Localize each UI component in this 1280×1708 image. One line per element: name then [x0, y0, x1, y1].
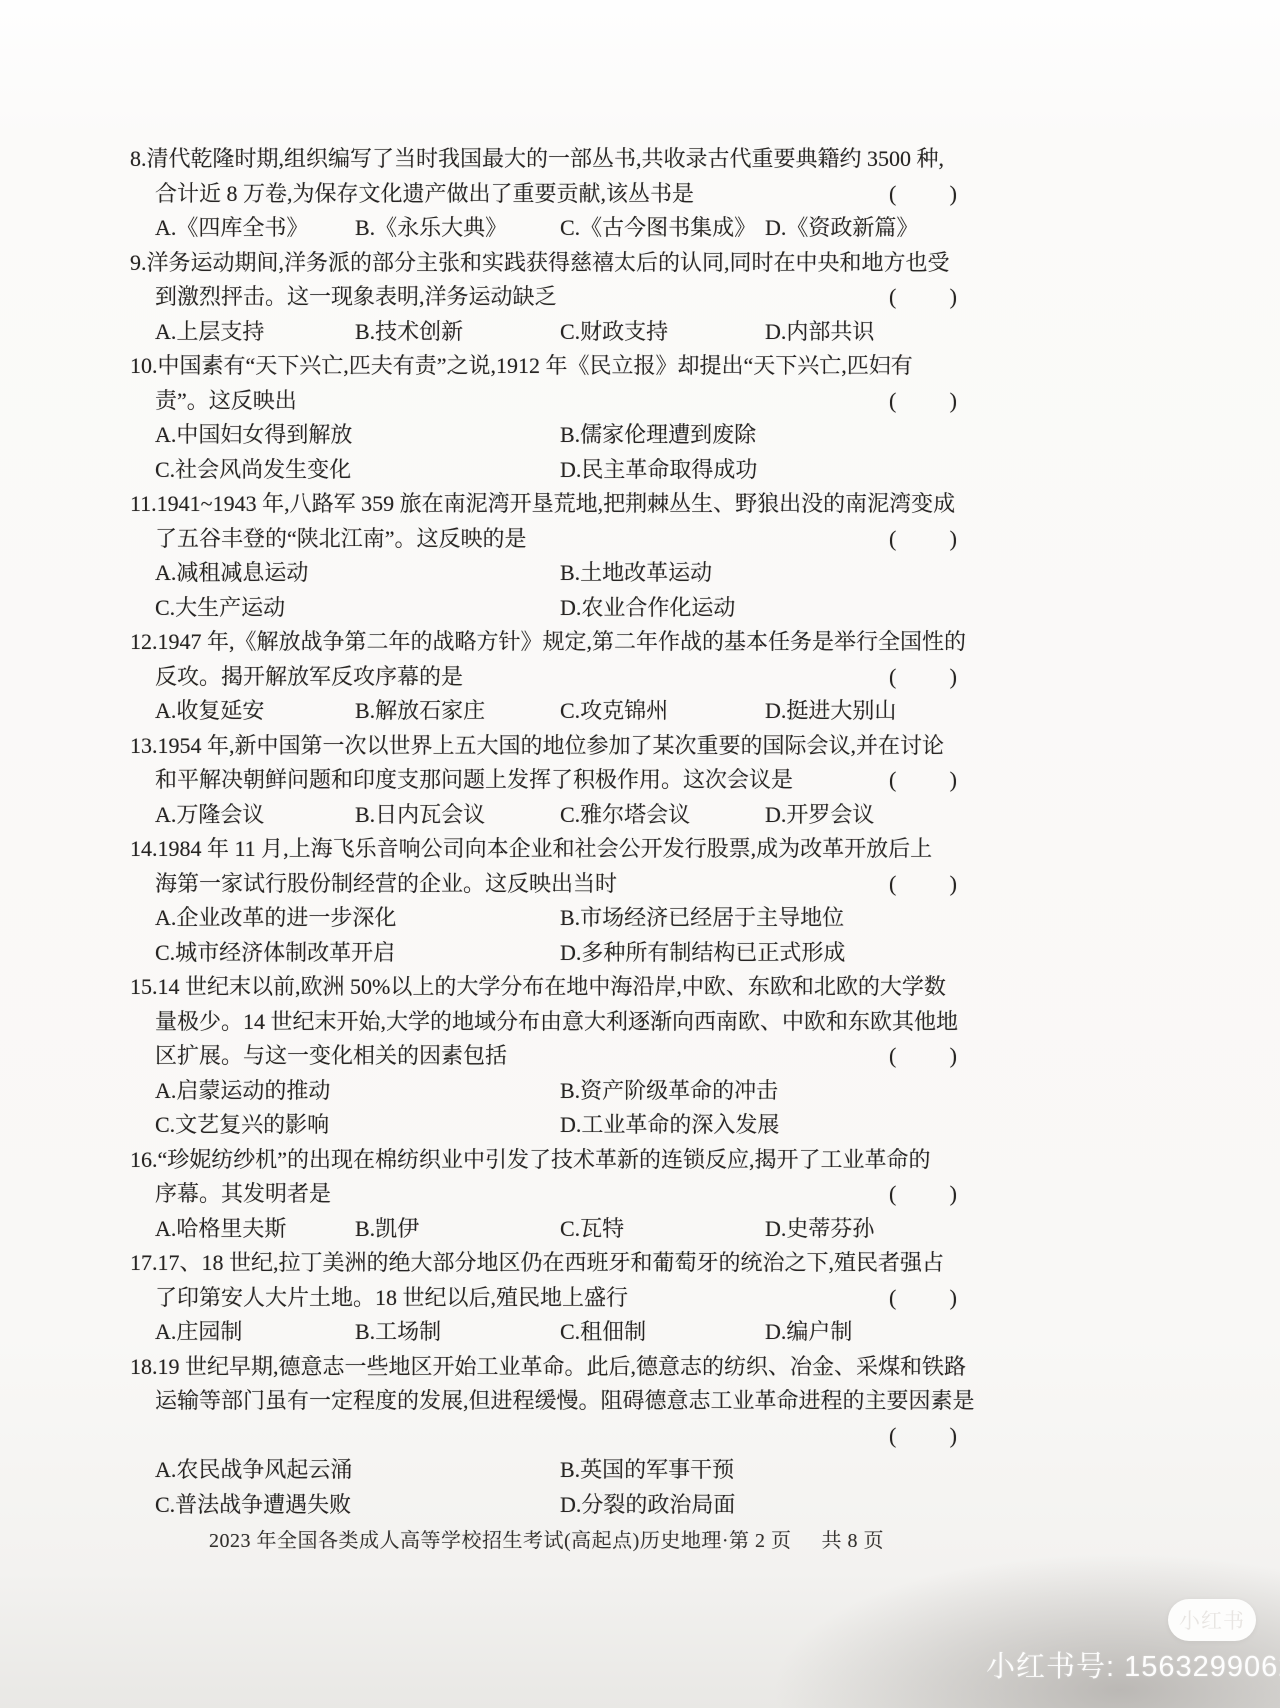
option-D: D.工业革命的深入发展	[560, 1108, 963, 1143]
page-footer: 2023 年全国各类成人高等学校招生考试(高起点)历史地理·第 2 页 共 8 …	[130, 1524, 963, 1553]
option-D: D.多种所有制结构已正式形成	[560, 936, 963, 971]
question-options: A.农民战争风起云涌B.英国的军事干预C.普法战争遭遇失败D.分裂的政治局面	[130, 1453, 963, 1522]
question: 16.“珍妮纺纱机”的出现在棉纺织业中引发了技术革新的连锁反应,揭开了工业革命的…	[130, 1143, 963, 1247]
question-stem-line: 海第一家试行股份制经营的企业。这反映出当时	[130, 867, 963, 902]
bracket-close: )	[950, 177, 957, 212]
question: 12.1947 年,《解放战争第二年的战略方针》规定,第二年作战的基本任务是举行…	[130, 625, 963, 729]
bracket-open: (	[889, 1281, 896, 1316]
question-stem-line: 和平解决朝鲜问题和印度支那问题上发挥了积极作用。这次会议是	[130, 763, 963, 798]
option-C: C.瓦特	[560, 1212, 765, 1247]
bracket-open: (	[889, 1177, 896, 1212]
option-C: C.财政支持	[560, 315, 765, 350]
question-stem: 11.1941~1943 年,八路军 359 旅在南泥湾开垦荒地,把荆棘丛生、野…	[130, 487, 963, 556]
option-C: C.攻克锦州	[560, 694, 765, 729]
option-C: C.租佃制	[560, 1315, 765, 1350]
bracket-close: )	[950, 384, 957, 419]
question-stem-first-line: 9.洋务运动期间,洋务派的部分主张和实践获得慈禧太后的认同,同时在中央和地方也受	[130, 246, 963, 281]
question-options: A.中国妇女得到解放B.儒家伦理遭到废除C.社会风尚发生变化D.民主革命取得成功	[130, 418, 963, 487]
option-B: B.技术创新	[355, 315, 560, 350]
answer-bracket: ()	[889, 1419, 957, 1454]
option-B: B.解放石家庄	[355, 694, 560, 729]
option-A: A.庄园制	[155, 1315, 355, 1350]
answer-bracket: ()	[889, 867, 957, 902]
answer-bracket: ()	[889, 1177, 957, 1212]
option-D: D.分裂的政治局面	[560, 1488, 963, 1523]
answer-bracket: ()	[889, 660, 957, 695]
answer-bracket: ()	[889, 384, 957, 419]
answer-bracket: ()	[889, 280, 957, 315]
question-list: 8.清代乾隆时期,组织编写了当时我国最大的一部丛书,共收录古代重要典籍约 350…	[130, 142, 963, 1522]
question-stem: 10.中国素有“天下兴亡,匹夫有责”之说,1912 年《民立报》却提出“天下兴亡…	[130, 349, 963, 418]
xiaohongshu-badge: 小红书	[1168, 1599, 1256, 1641]
answer-bracket: ()	[889, 177, 957, 212]
question-stem-first-line: 11.1941~1943 年,八路军 359 旅在南泥湾开垦荒地,把荆棘丛生、野…	[130, 487, 963, 522]
option-A: A.上层支持	[155, 315, 355, 350]
question-options: A.《四库全书》B.《永乐大典》C.《古今图书集成》D.《资政新篇》	[130, 211, 963, 246]
question-stem-first-line: 18.19 世纪早期,德意志一些地区开始工业革命。此后,德意志的纺织、冶金、采煤…	[130, 1350, 963, 1385]
bracket-open: (	[889, 867, 896, 902]
question-stem-first-line: 16.“珍妮纺纱机”的出现在棉纺织业中引发了技术革新的连锁反应,揭开了工业革命的	[130, 1143, 963, 1178]
question-stem: 17.17、18 世纪,拉丁美洲的绝大部分地区仍在西班牙和葡萄牙的统治之下,殖民…	[130, 1246, 963, 1315]
question-options: A.启蒙运动的推动B.资产阶级革命的冲击C.文艺复兴的影响D.工业革命的深入发展	[130, 1074, 963, 1143]
option-B: B.英国的军事干预	[560, 1453, 963, 1488]
question-stem: 16.“珍妮纺纱机”的出现在棉纺织业中引发了技术革新的连锁反应,揭开了工业革命的…	[130, 1143, 963, 1212]
watermark-id-text: 小红书号: 1563299062	[986, 1644, 1280, 1685]
option-D: D.农业合作化运动	[560, 591, 963, 626]
question-stem-line: 量极少。14 世纪末开始,大学的地域分布由意大利逐渐向西南欧、中欧和东欧其他地	[130, 1005, 963, 1040]
option-B: B.市场经济已经居于主导地位	[560, 901, 963, 936]
question: 18.19 世纪早期,德意志一些地区开始工业革命。此后,德意志的纺织、冶金、采煤…	[130, 1350, 963, 1523]
option-D: D.民主革命取得成功	[560, 453, 963, 488]
bracket-close: )	[950, 1281, 957, 1316]
bracket-close: )	[950, 763, 957, 798]
bracket-open: (	[889, 660, 896, 695]
bracket-close: )	[950, 867, 957, 902]
option-C: C.大生产运动	[155, 591, 560, 626]
question-stem-line: 到激烈抨击。这一现象表明,洋务运动缺乏	[130, 280, 963, 315]
option-C: C.社会风尚发生变化	[155, 453, 560, 488]
option-A: A.中国妇女得到解放	[155, 418, 560, 453]
question-stem-first-line: 17.17、18 世纪,拉丁美洲的绝大部分地区仍在西班牙和葡萄牙的统治之下,殖民…	[130, 1246, 963, 1281]
option-B: B.凯伊	[355, 1212, 560, 1247]
bracket-close: )	[950, 1039, 957, 1074]
question-stem-line: 了五谷丰登的“陕北江南”。这反映的是	[130, 522, 963, 557]
option-D: D.挺进大别山	[765, 694, 963, 729]
answer-bracket: ()	[889, 522, 957, 557]
bracket-close: )	[950, 280, 957, 315]
option-B: B.儒家伦理遭到废除	[560, 418, 963, 453]
question-stem-line: 责”。这反映出	[130, 384, 963, 419]
question-options: A.万隆会议B.日内瓦会议C.雅尔塔会议D.开罗会议	[130, 798, 963, 833]
option-A: A.哈格里夫斯	[155, 1212, 355, 1247]
question-options: A.上层支持B.技术创新C.财政支持D.内部共识	[130, 315, 963, 350]
answer-bracket: ()	[889, 1039, 957, 1074]
option-C: C.《古今图书集成》	[560, 211, 765, 246]
bracket-open: (	[889, 1039, 896, 1074]
question: 10.中国素有“天下兴亡,匹夫有责”之说,1912 年《民立报》却提出“天下兴亡…	[130, 349, 963, 487]
question-stem-line: 反攻。揭开解放军反攻序幕的是	[130, 660, 963, 695]
option-B: B.土地改革运动	[560, 556, 963, 591]
bracket-open: (	[889, 280, 896, 315]
option-B: B.工场制	[355, 1315, 560, 1350]
question-stem-first-line: 15.14 世纪末以前,欧洲 50%以上的大学分布在地中海沿岸,中欧、东欧和北欧…	[130, 970, 963, 1005]
xiaohongshu-badge-label: 小红书	[1179, 1605, 1245, 1635]
question: 15.14 世纪末以前,欧洲 50%以上的大学分布在地中海沿岸,中欧、东欧和北欧…	[130, 970, 963, 1143]
answer-bracket-line: ()	[130, 1419, 963, 1454]
option-D: D.《资政新篇》	[765, 211, 963, 246]
question-stem: 8.清代乾隆时期,组织编写了当时我国最大的一部丛书,共收录古代重要典籍约 350…	[130, 142, 963, 211]
option-D: D.内部共识	[765, 315, 963, 350]
option-A: A.启蒙运动的推动	[155, 1074, 560, 1109]
answer-bracket: ()	[889, 1281, 957, 1316]
bracket-close: )	[950, 1419, 957, 1454]
question-stem-line: 运输等部门虽有一定程度的发展,但进程缓慢。阻碍德意志工业革命进程的主要因素是	[130, 1384, 963, 1419]
question: 13.1954 年,新中国第一次以世界上五大国的地位参加了某次重要的国际会议,并…	[130, 729, 963, 833]
option-B: B.《永乐大典》	[355, 211, 560, 246]
question-options: A.庄园制B.工场制C.租佃制D.编户制	[130, 1315, 963, 1350]
option-B: B.资产阶级革命的冲击	[560, 1074, 963, 1109]
question-stem-line: 合计近 8 万卷,为保存文化遗产做出了重要贡献,该丛书是	[130, 177, 963, 212]
question-stem: 9.洋务运动期间,洋务派的部分主张和实践获得慈禧太后的认同,同时在中央和地方也受…	[130, 246, 963, 315]
option-D: D.编户制	[765, 1315, 963, 1350]
question-stem-line: 了印第安人大片土地。18 世纪以后,殖民地上盛行	[130, 1281, 963, 1316]
question-stem-first-line: 13.1954 年,新中国第一次以世界上五大国的地位参加了某次重要的国际会议,并…	[130, 729, 963, 764]
option-C: C.雅尔塔会议	[560, 798, 765, 833]
option-A: A.万隆会议	[155, 798, 355, 833]
option-D: D.史蒂芬孙	[765, 1212, 963, 1247]
scanned-exam-page: 8.清代乾隆时期,组织编写了当时我国最大的一部丛书,共收录古代重要典籍约 350…	[0, 0, 1280, 1708]
bracket-open: (	[889, 1419, 896, 1454]
option-A: A.减租减息运动	[155, 556, 560, 591]
bracket-close: )	[950, 522, 957, 557]
question: 8.清代乾隆时期,组织编写了当时我国最大的一部丛书,共收录古代重要典籍约 350…	[130, 142, 963, 246]
question-options: A.收复延安B.解放石家庄C.攻克锦州D.挺进大别山	[130, 694, 963, 729]
question-stem-line: 序幕。其发明者是	[130, 1177, 963, 1212]
bracket-open: (	[889, 763, 896, 798]
footer-total-pages: 共 8 页	[821, 1524, 884, 1553]
question: 14.1984 年 11 月,上海飞乐音响公司向本企业和社会公开发行股票,成为改…	[130, 832, 963, 970]
question-stem: 14.1984 年 11 月,上海飞乐音响公司向本企业和社会公开发行股票,成为改…	[130, 832, 963, 901]
question-stem-first-line: 10.中国素有“天下兴亡,匹夫有责”之说,1912 年《民立报》却提出“天下兴亡…	[130, 349, 963, 384]
option-A: A.《四库全书》	[155, 211, 355, 246]
question-stem-line: 区扩展。与这一变化相关的因素包括	[130, 1039, 963, 1074]
question: 17.17、18 世纪,拉丁美洲的绝大部分地区仍在西班牙和葡萄牙的统治之下,殖民…	[130, 1246, 963, 1350]
question-stem-first-line: 14.1984 年 11 月,上海飞乐音响公司向本企业和社会公开发行股票,成为改…	[130, 832, 963, 867]
option-C: C.普法战争遭遇失败	[155, 1488, 560, 1523]
option-D: D.开罗会议	[765, 798, 963, 833]
question-stem: 15.14 世纪末以前,欧洲 50%以上的大学分布在地中海沿岸,中欧、东欧和北欧…	[130, 970, 963, 1074]
question: 11.1941~1943 年,八路军 359 旅在南泥湾开垦荒地,把荆棘丛生、野…	[130, 487, 963, 625]
option-B: B.日内瓦会议	[355, 798, 560, 833]
question-stem: 13.1954 年,新中国第一次以世界上五大国的地位参加了某次重要的国际会议,并…	[130, 729, 963, 798]
question-options: A.哈格里夫斯B.凯伊C.瓦特D.史蒂芬孙	[130, 1212, 963, 1247]
option-C: C.城市经济体制改革开启	[155, 936, 560, 971]
question-options: A.企业改革的进一步深化B.市场经济已经居于主导地位C.城市经济体制改革开启D.…	[130, 901, 963, 970]
option-A: A.农民战争风起云涌	[155, 1453, 560, 1488]
bracket-open: (	[889, 177, 896, 212]
question-options: A.减租减息运动B.土地改革运动C.大生产运动D.农业合作化运动	[130, 556, 963, 625]
question-stem-first-line: 12.1947 年,《解放战争第二年的战略方针》规定,第二年作战的基本任务是举行…	[130, 625, 963, 660]
option-A: A.收复延安	[155, 694, 355, 729]
bracket-open: (	[889, 384, 896, 419]
option-A: A.企业改革的进一步深化	[155, 901, 560, 936]
question-stem-first-line: 8.清代乾隆时期,组织编写了当时我国最大的一部丛书,共收录古代重要典籍约 350…	[130, 142, 963, 177]
bracket-open: (	[889, 522, 896, 557]
footer-exam-title: 2023 年全国各类成人高等学校招生考试(高起点)历史地理·第 2 页	[209, 1524, 791, 1553]
option-C: C.文艺复兴的影响	[155, 1108, 560, 1143]
answer-bracket: ()	[889, 763, 957, 798]
question-stem: 18.19 世纪早期,德意志一些地区开始工业革命。此后,德意志的纺织、冶金、采煤…	[130, 1350, 963, 1454]
question: 9.洋务运动期间,洋务派的部分主张和实践获得慈禧太后的认同,同时在中央和地方也受…	[130, 246, 963, 350]
bracket-close: )	[950, 1177, 957, 1212]
bracket-close: )	[950, 660, 957, 695]
question-stem: 12.1947 年,《解放战争第二年的战略方针》规定,第二年作战的基本任务是举行…	[130, 625, 963, 694]
